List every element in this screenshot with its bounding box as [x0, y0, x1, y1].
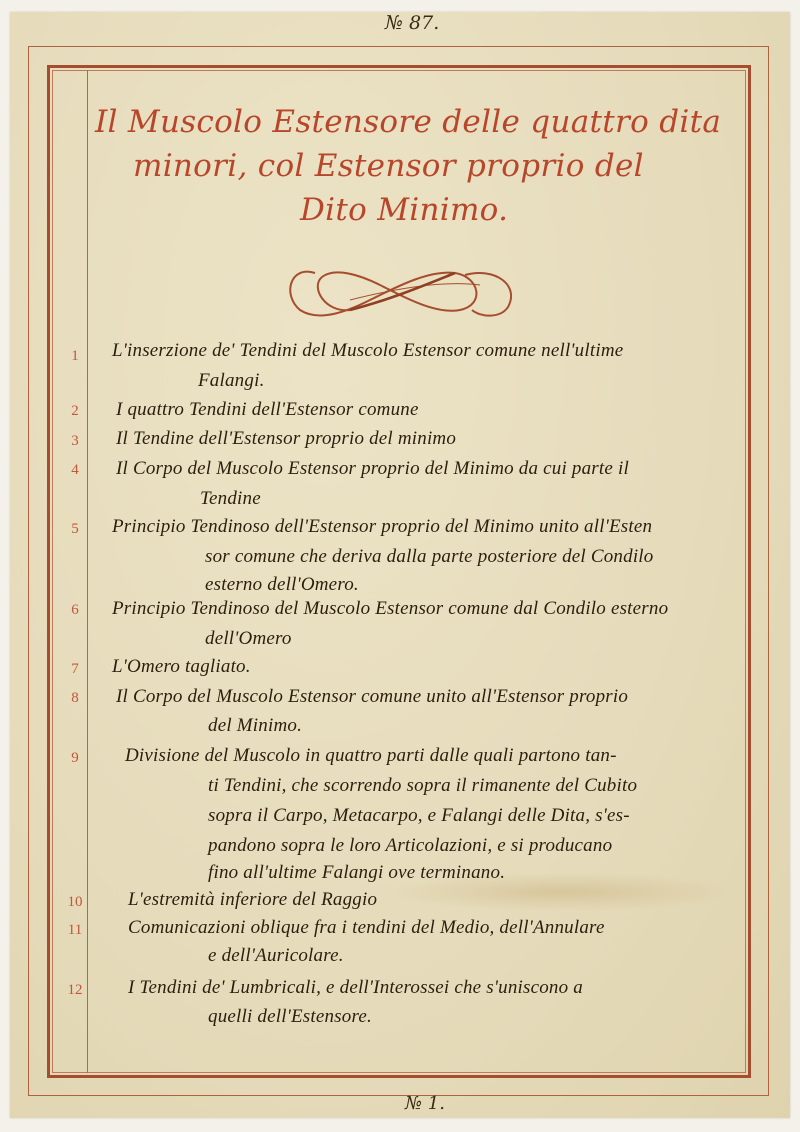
entry-number: 3 [60, 433, 90, 450]
entry-text: sopra il Carpo, Metacarpo, e Falangi del… [208, 805, 630, 827]
entry-text: pandono sopra le loro Articolazioni, e s… [208, 835, 612, 857]
page-title: Il Muscolo Estensore delle quattro dita … [95, 100, 745, 232]
entry-number: 8 [60, 690, 90, 707]
entry-number: 12 [60, 982, 90, 999]
title-line-3: Dito Minimo. [95, 188, 745, 232]
title-line-1: Il Muscolo Estensore delle quattro dita [95, 100, 745, 144]
title-line-2: minori, col Estensor proprio del [95, 144, 745, 188]
entry-number: 2 [60, 403, 90, 420]
entry-text: ti Tendini, che scorrendo sopra il riman… [208, 775, 637, 797]
entry-text: Comunicazioni oblique fra i tendini del … [128, 917, 605, 939]
entry-number: 9 [60, 750, 90, 767]
entry-number: 10 [60, 894, 90, 911]
entry-text: L'Omero tagliato. [112, 656, 251, 678]
entry-text: esterno dell'Omero. [205, 574, 359, 596]
entry-number: 7 [60, 661, 90, 678]
entry-text: Tendine [200, 488, 261, 510]
entry-text: Il Tendine dell'Estensor proprio del min… [116, 428, 456, 450]
entry-text: Il Corpo del Muscolo Estensor proprio de… [116, 458, 629, 480]
entry-text: Il Corpo del Muscolo Estensor comune uni… [116, 686, 628, 708]
entry-text: fino all'ultime Falangi ove terminano. [208, 862, 505, 884]
entry-text: L'inserzione de' Tendini del Muscolo Est… [112, 340, 623, 362]
entry-text: Principio Tendinoso dell'Estensor propri… [112, 516, 652, 538]
entry-text: Principio Tendinoso del Muscolo Estensor… [112, 598, 668, 620]
entry-number: 5 [60, 521, 90, 538]
folio-number-top: № 87. [385, 12, 439, 34]
entry-text: I Tendini de' Lumbricali, e dell'Interos… [128, 977, 583, 999]
entry-text: del Minimo. [208, 715, 302, 737]
entry-number: 11 [60, 922, 90, 939]
entry-text: e dell'Auricolare. [208, 945, 344, 967]
entry-text: I quattro Tendini dell'Estensor comune [116, 399, 419, 421]
entry-text: quelli dell'Estensore. [208, 1006, 372, 1028]
flourish-icon [280, 255, 540, 325]
entry-text: sor comune che deriva dalla parte poster… [205, 546, 654, 568]
folio-number-bottom: № 1. [405, 1093, 445, 1114]
entry-number: 1 [60, 348, 90, 365]
entry-number: 4 [60, 462, 90, 479]
entry-text: L'estremità inferiore del Raggio [128, 889, 377, 911]
entry-number: 6 [60, 602, 90, 619]
entry-text: Falangi. [198, 370, 265, 392]
entry-text: Divisione del Muscolo in quattro parti d… [125, 745, 617, 767]
entry-text: dell'Omero [205, 628, 292, 650]
